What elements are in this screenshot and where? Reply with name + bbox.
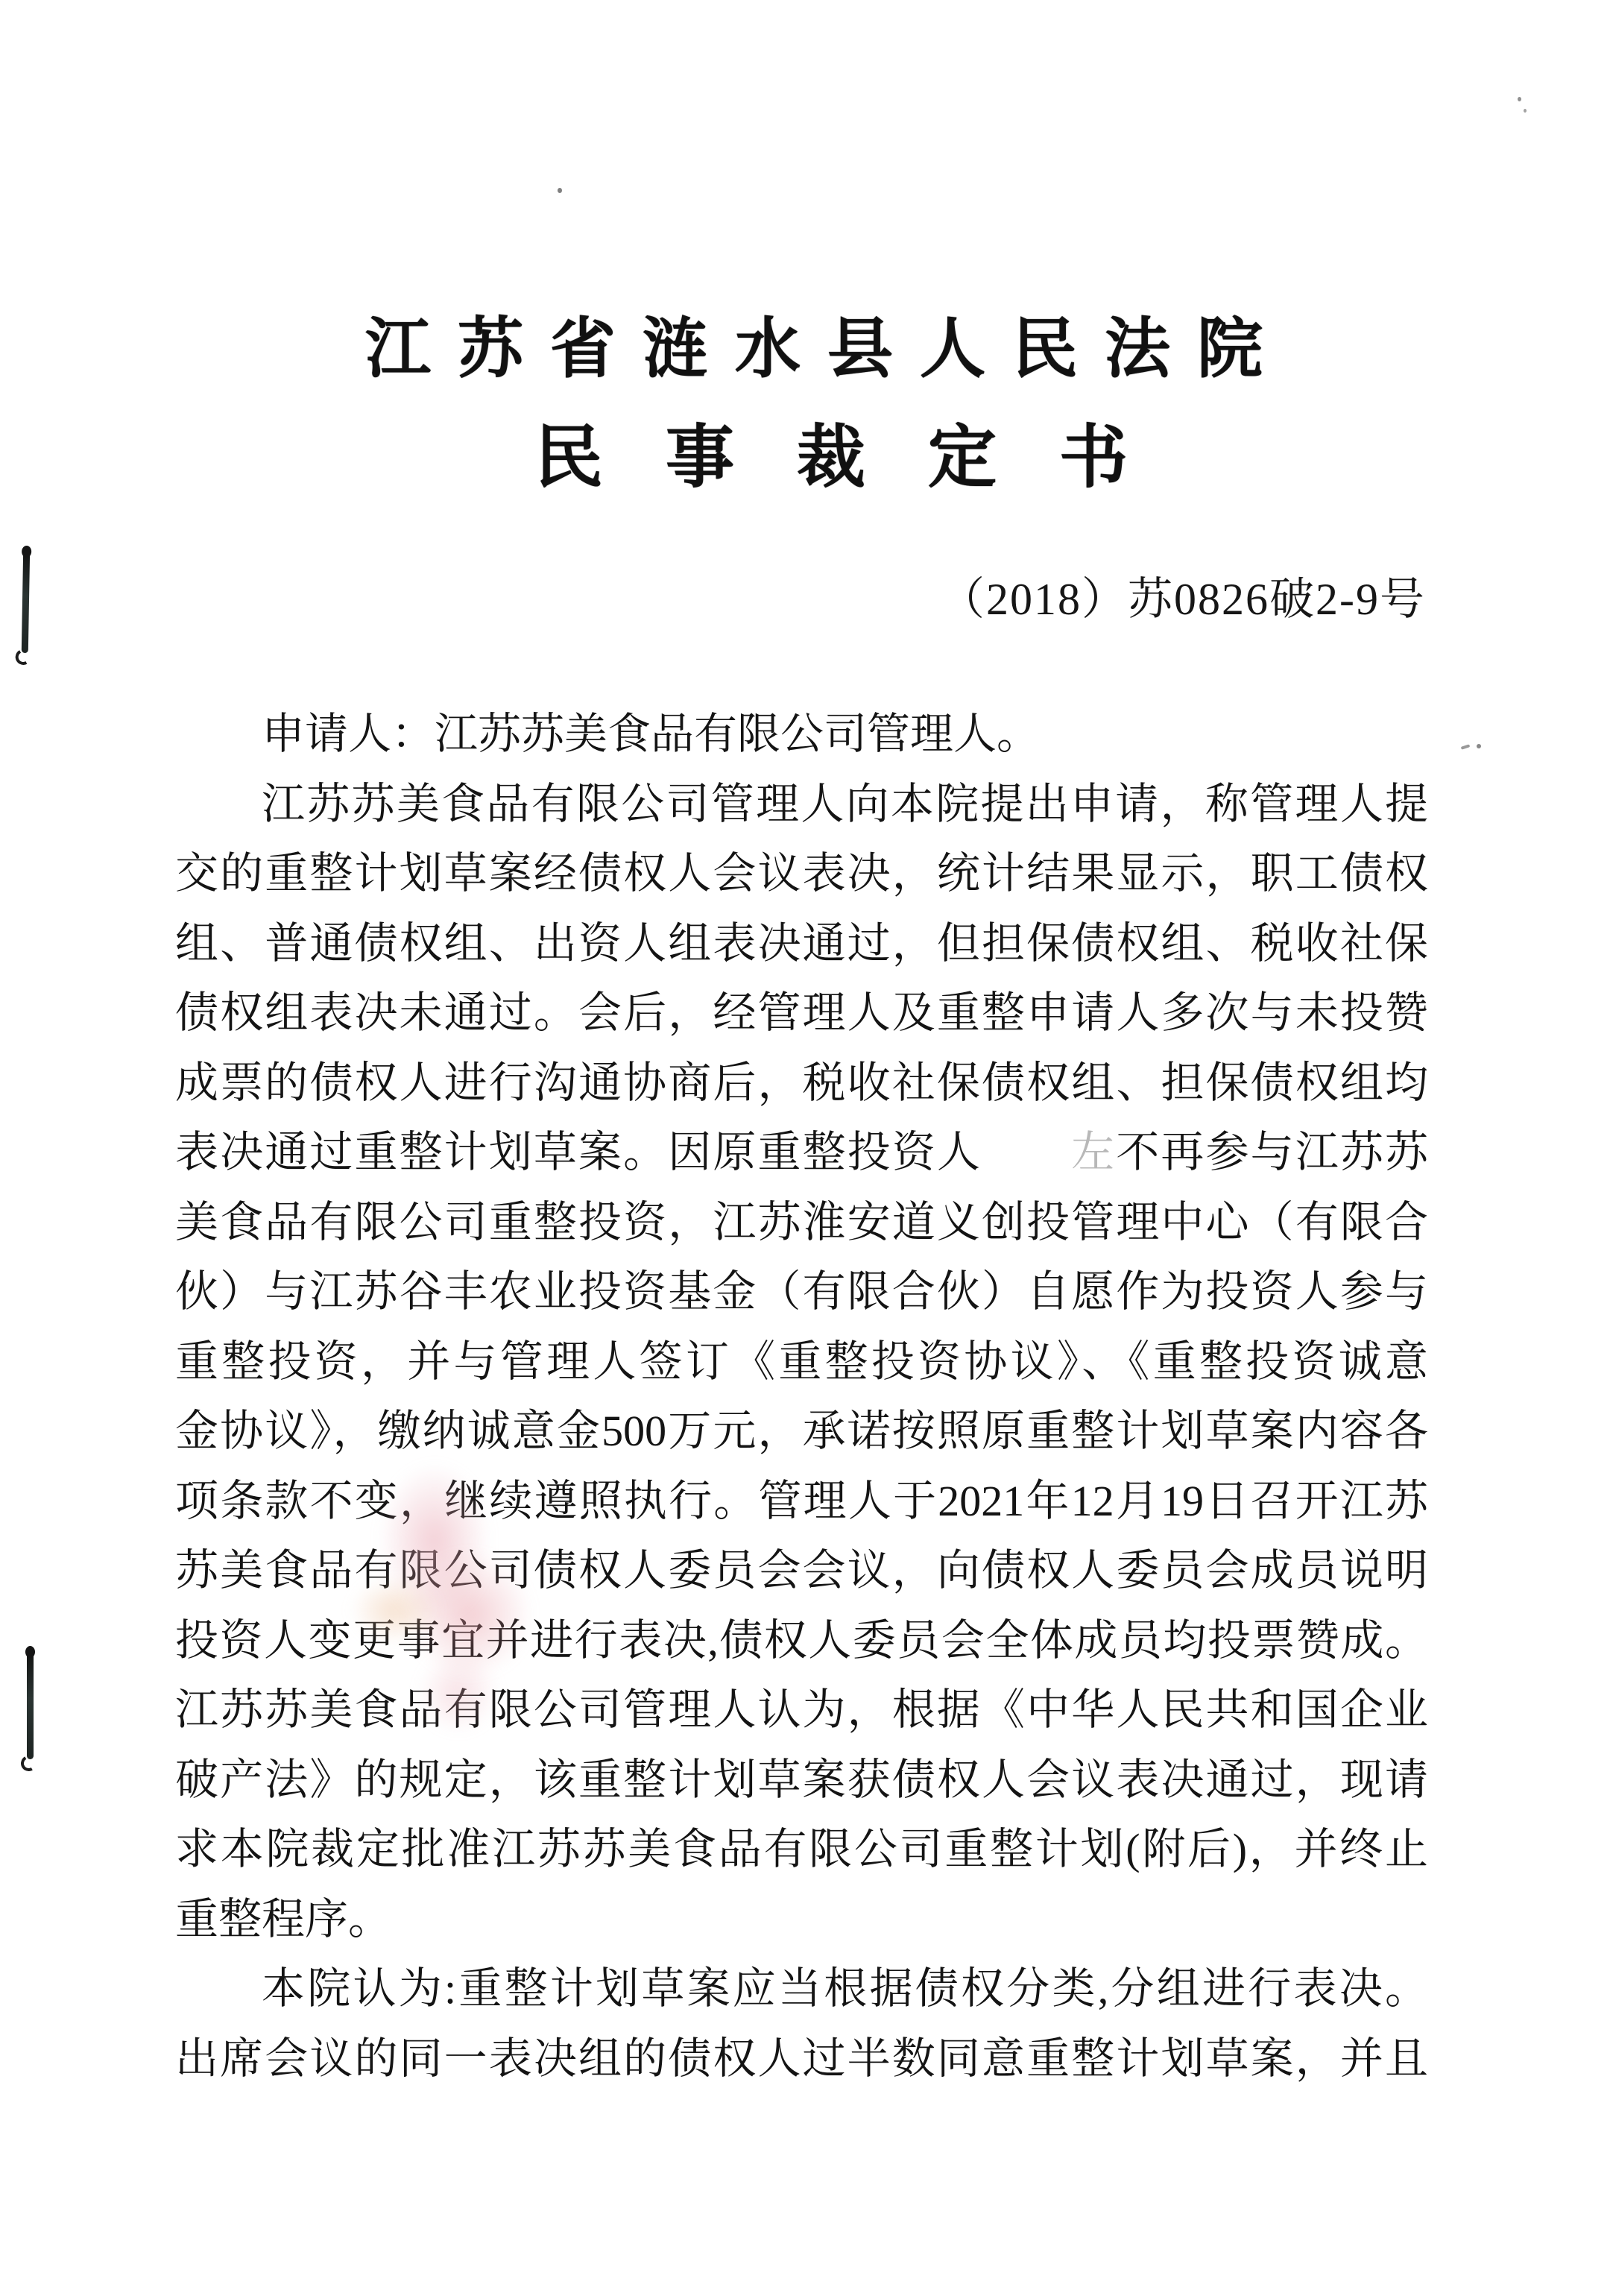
body-line: 破产法》的规定，该重整计划草案获债权人会议表决通过，现请	[175, 1745, 1428, 1815]
ruling-body-text: 申请人：江苏苏美食品有限公司管理人。 江苏苏美食品有限公司管理人向本院提出申请，…	[175, 699, 1428, 2093]
body-line: 重整投资，并与管理人签订《重整投资协议》、《重整投资诚意	[175, 1327, 1428, 1397]
body-line: 组、普通债权组、出资人组表决通过，但担保债权组、税收社保	[175, 909, 1428, 979]
scan-speck	[1477, 744, 1481, 748]
redaction-before-text: 表决通过重整计划草案。因原重整投资人	[175, 1128, 982, 1176]
scan-speck	[1518, 97, 1521, 101]
scan-binding-mark	[22, 549, 30, 653]
body-line: 求本院裁定批准江苏苏美食品有限公司重整计划(附后)，并终止	[175, 1814, 1428, 1885]
body-line: 债权组表决未通过。会后，经管理人及重整申请人多次与未投赞	[175, 978, 1428, 1048]
scan-speck	[1461, 744, 1471, 750]
body-line: 出席会议的同一表决组的债权人过半数同意重整计划草案，并且	[175, 2024, 1428, 2094]
body-line-with-redaction: 表决通过重整计划草案。因原重整投资人左不再参与江苏苏	[175, 1117, 1428, 1188]
body-line: 成票的债权人进行沟通协商后，税收社保债权组、担保债权组均	[175, 1048, 1428, 1118]
body-line: 江苏苏美食品有限公司管理人认为，根据《中华人民共和国企业	[175, 1675, 1428, 1745]
case-number: （2018）苏0826破2-9号	[940, 564, 1426, 628]
body-line: 交的重整计划草案经债权人会议表决，统计结果显示，职工债权	[175, 839, 1428, 909]
document-type-heading: 民事裁定书	[0, 403, 1610, 501]
scan-speck	[558, 188, 562, 193]
body-line: 美食品有限公司重整投资，江苏淮安道义创投管理中心（有限合	[175, 1188, 1428, 1258]
red-stamp-smudge	[350, 1577, 440, 1644]
scanned-court-document-page: 江苏省涟水县人民法院 民事裁定书 （2018）苏0826破2-9号 申请人：江苏…	[0, 0, 1610, 2296]
body-line: 本院认为:重整计划草案应当根据债权分类,分组进行表决。	[175, 1954, 1428, 2024]
body-line: 项条款不变，继续遵照执行。管理人于2021年12月19日召开江苏	[175, 1466, 1428, 1536]
body-line: 江苏苏美食品有限公司管理人向本院提出申请，称管理人提	[175, 769, 1428, 839]
redaction-after-text: 不再参与江苏苏	[1116, 1128, 1428, 1176]
scan-binding-mark	[27, 1649, 34, 1759]
court-name-heading: 江苏省涟水县人民法院	[0, 297, 1610, 391]
body-line: 重整程序。	[175, 1885, 1428, 1955]
body-line: 金协议》，缴纳诚意金500万元，承诺按照原重整计划草案内容各	[175, 1396, 1428, 1466]
scan-speck	[1524, 109, 1527, 113]
redacted-name-gap	[982, 1166, 1070, 1167]
body-line: 申请人：江苏苏美食品有限公司管理人。	[175, 699, 1428, 769]
body-line: 伙）与江苏谷丰农业投资基金（有限合伙）自愿作为投资人参与	[175, 1257, 1428, 1327]
redaction-faint-character: 左	[1070, 1128, 1116, 1176]
red-stamp-smudge	[417, 1651, 499, 1733]
